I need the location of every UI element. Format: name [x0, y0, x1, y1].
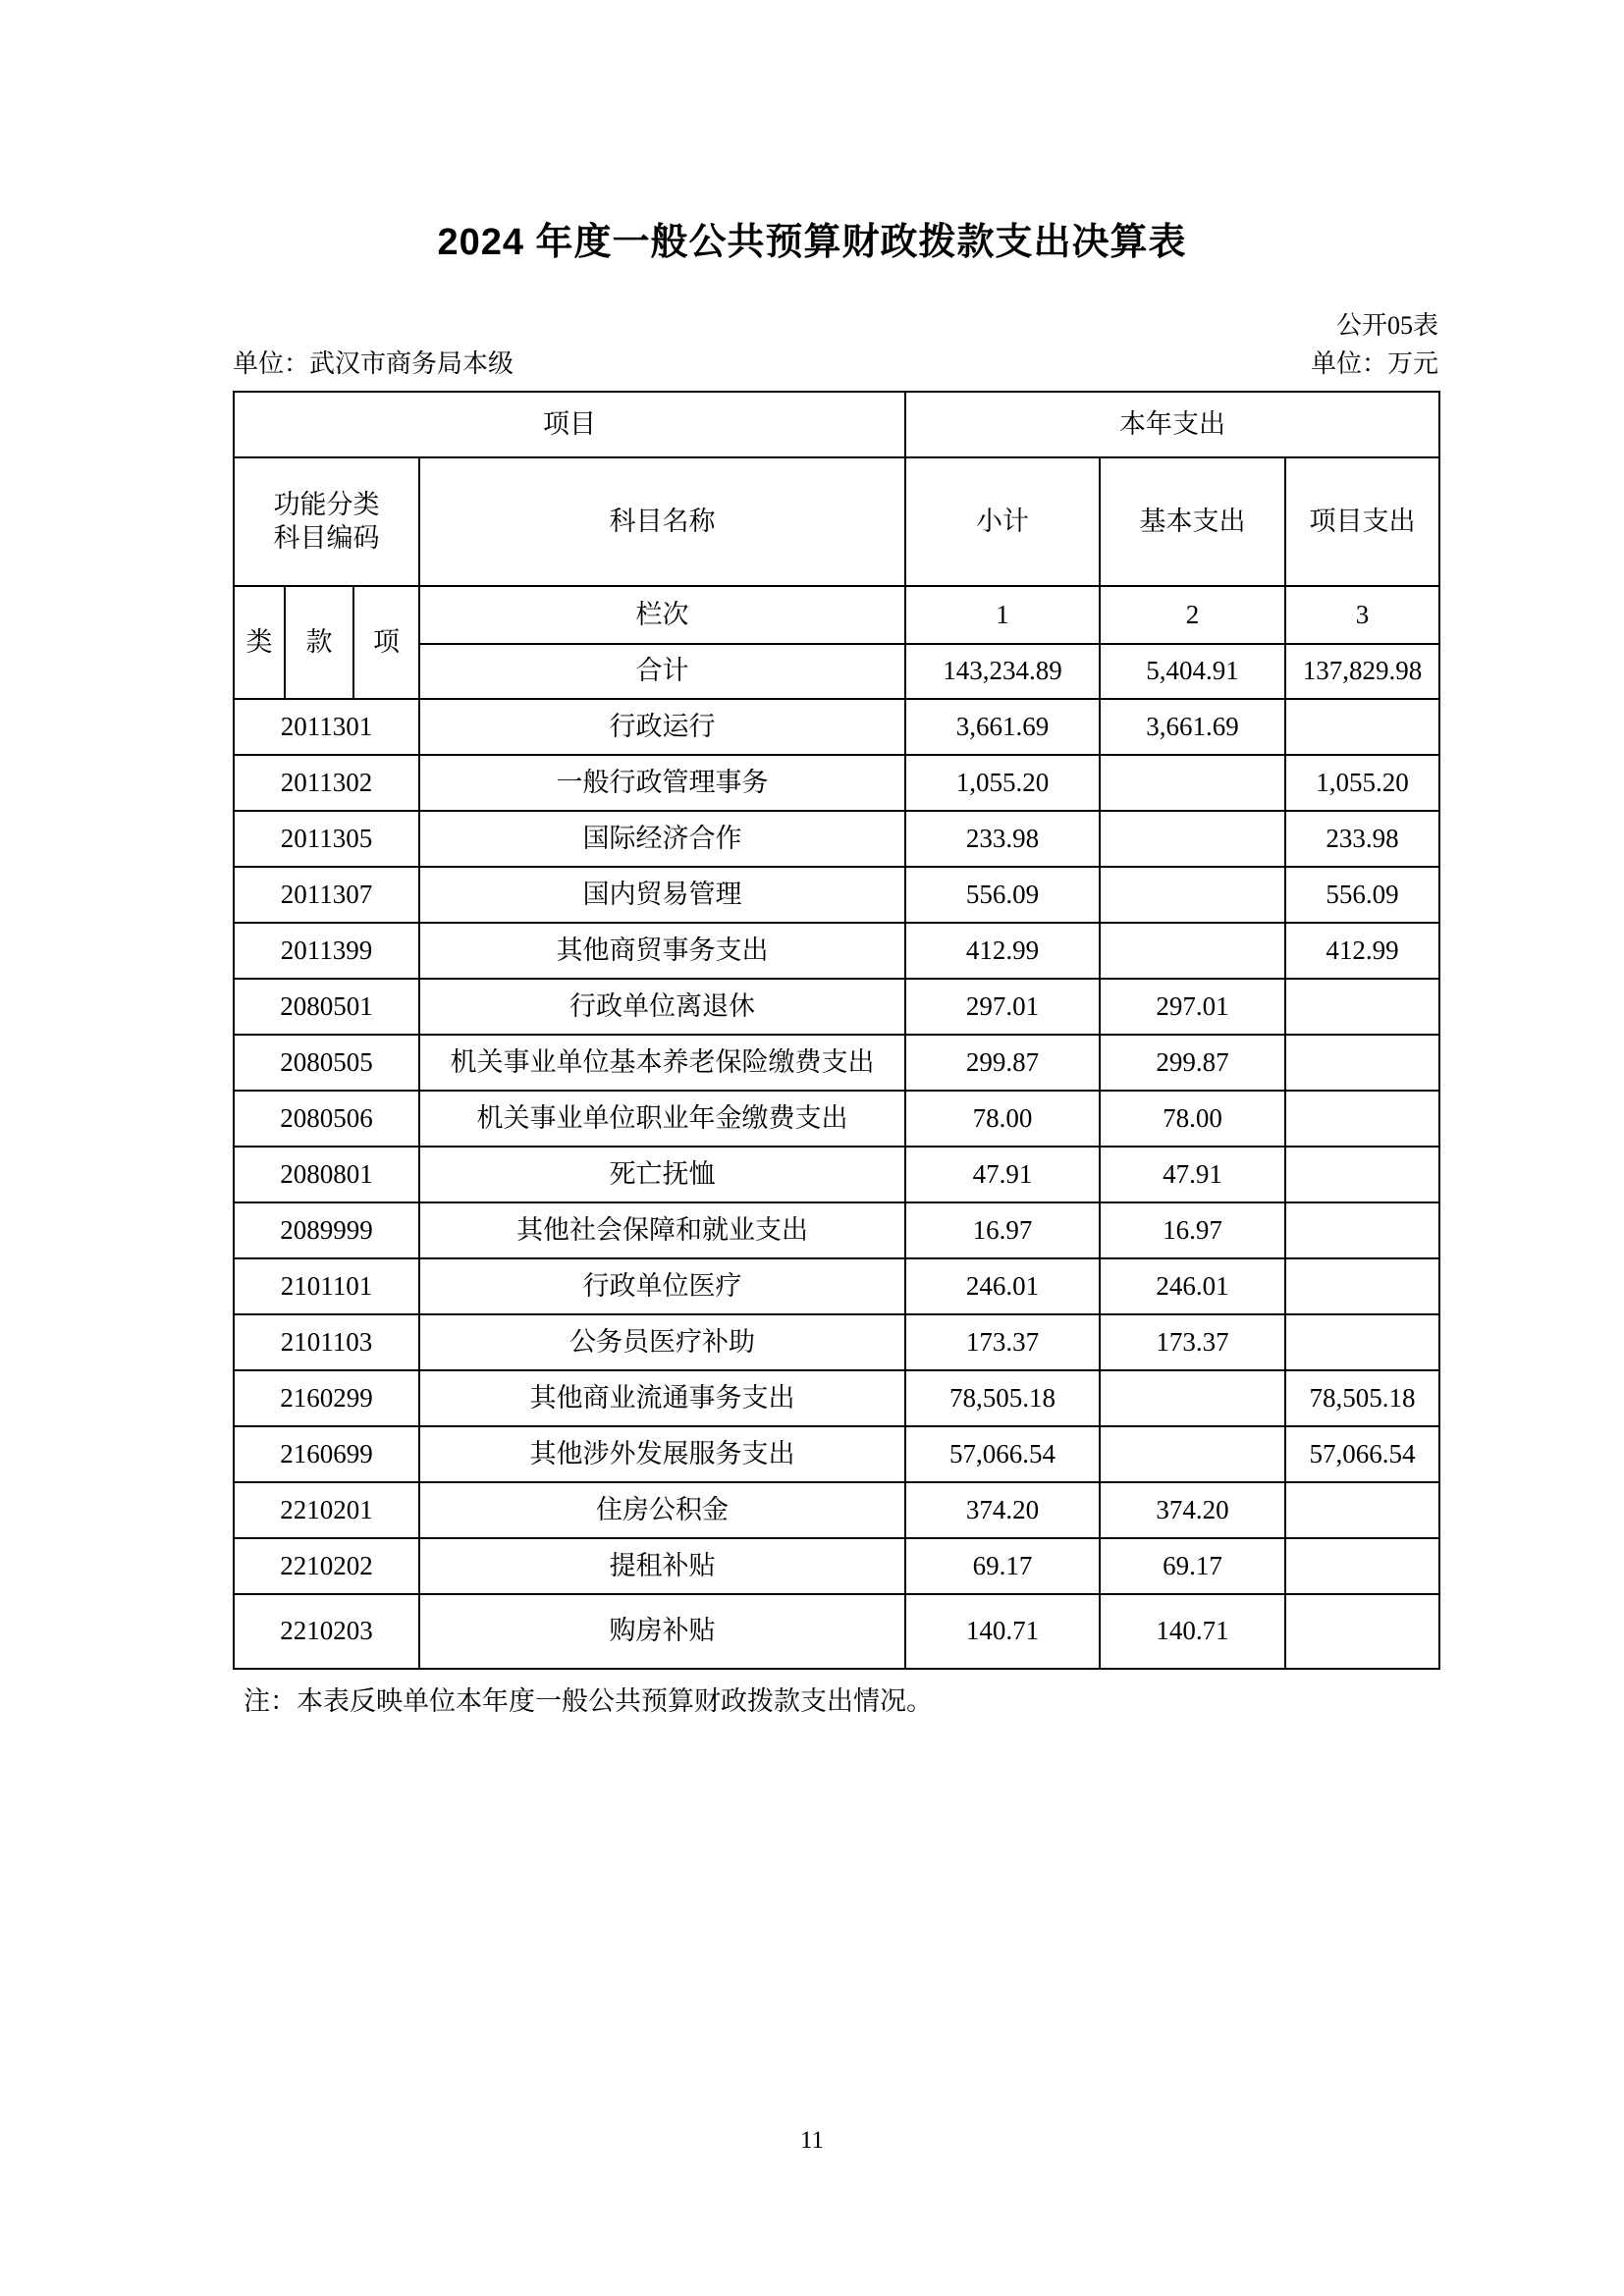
row-code-cell: 2089999 [234, 1202, 419, 1258]
unit-row: 单位：武汉市商务局本级 单位：万元 [233, 348, 1438, 380]
header-functional-code-line1: 功能分类 [274, 490, 380, 519]
row-code-cell: 2080506 [234, 1091, 419, 1147]
row-subject-name-cell: 行政单位医疗 [419, 1258, 905, 1314]
row-code-cell: 2101103 [234, 1314, 419, 1370]
header-column-num-3: 3 [1285, 586, 1439, 644]
row-code-cell: 2080505 [234, 1035, 419, 1091]
header-column-num-1: 1 [905, 586, 1100, 644]
row-subject-name-cell: 行政单位离退休 [419, 979, 905, 1035]
row-subject-name-cell: 住房公积金 [419, 1482, 905, 1538]
header-functional-code-line2: 科目编码 [274, 523, 380, 553]
row-subtotal-cell: 78,505.18 [905, 1370, 1100, 1426]
header-basic-expenditure: 基本支出 [1100, 457, 1285, 586]
total-basic-value: 5,404.91 [1100, 644, 1285, 699]
row-basic-cell: 3,661.69 [1100, 699, 1285, 755]
row-project-cell [1285, 979, 1439, 1035]
table-row: 2101103 公务员医疗补助 173.37 173.37 [234, 1314, 1439, 1370]
row-code-cell: 2011307 [234, 867, 419, 923]
row-basic-cell: 297.01 [1100, 979, 1285, 1035]
table-row: 2011305 国际经济合作 233.98 233.98 [234, 811, 1439, 867]
row-basic-cell: 47.91 [1100, 1147, 1285, 1202]
table-row: 2080506 机关事业单位职业年金缴费支出 78.00 78.00 [234, 1091, 1439, 1147]
row-code-cell: 2101101 [234, 1258, 419, 1314]
row-subject-name-cell: 行政运行 [419, 699, 905, 755]
row-subtotal-cell: 233.98 [905, 811, 1100, 867]
header-subtotal: 小计 [905, 457, 1100, 586]
row-subject-name-cell: 国际经济合作 [419, 811, 905, 867]
row-code-cell: 2210203 [234, 1594, 419, 1669]
row-code-cell: 2160299 [234, 1370, 419, 1426]
row-code-cell: 2011305 [234, 811, 419, 867]
row-basic-cell [1100, 923, 1285, 979]
table-row: 2011399 其他商贸事务支出 412.99 412.99 [234, 923, 1439, 979]
table-row: 2160699 其他涉外发展服务支出 57,066.54 57,066.54 [234, 1426, 1439, 1482]
table-row: 2011301 行政运行 3,661.69 3,661.69 [234, 699, 1439, 755]
row-subtotal-cell: 246.01 [905, 1258, 1100, 1314]
row-subject-name-cell: 其他涉外发展服务支出 [419, 1426, 905, 1482]
page-title: 2024 年度一般公共预算财政拨款支出决算表 [0, 220, 1624, 265]
row-project-cell [1285, 1482, 1439, 1538]
row-basic-cell [1100, 867, 1285, 923]
header-category: 类 [234, 586, 285, 699]
row-subtotal-cell: 1,055.20 [905, 755, 1100, 811]
table-row: 2210201 住房公积金 374.20 374.20 [234, 1482, 1439, 1538]
header-column-index-label: 栏次 [419, 586, 905, 644]
row-subtotal-cell: 374.20 [905, 1482, 1100, 1538]
row-code-cell: 2080801 [234, 1147, 419, 1202]
row-subject-name-cell: 国内贸易管理 [419, 867, 905, 923]
row-subtotal-cell: 3,661.69 [905, 699, 1100, 755]
header-current-year-expenditure: 本年支出 [905, 392, 1439, 457]
row-subtotal-cell: 78.00 [905, 1091, 1100, 1147]
row-project-cell [1285, 1035, 1439, 1091]
row-subject-name-cell: 公务员医疗补助 [419, 1314, 905, 1370]
row-subtotal-cell: 140.71 [905, 1594, 1100, 1669]
table-row: 2210203 购房补贴 140.71 140.71 [234, 1594, 1439, 1669]
row-subject-name-cell: 其他社会保障和就业支出 [419, 1202, 905, 1258]
header-functional-code: 功能分类 科目编码 [234, 457, 419, 586]
row-project-cell [1285, 1314, 1439, 1370]
row-basic-cell: 78.00 [1100, 1091, 1285, 1147]
row-subject-name-cell: 其他商贸事务支出 [419, 923, 905, 979]
row-subject-name-cell: 机关事业单位基本养老保险缴费支出 [419, 1035, 905, 1091]
row-project-cell: 233.98 [1285, 811, 1439, 867]
row-subject-name-cell: 其他商业流通事务支出 [419, 1370, 905, 1426]
row-subtotal-cell: 47.91 [905, 1147, 1100, 1202]
row-basic-cell [1100, 811, 1285, 867]
table-row: 2210202 提租补贴 69.17 69.17 [234, 1538, 1439, 1594]
row-code-cell: 2210202 [234, 1538, 419, 1594]
page-number: 11 [0, 2126, 1624, 2156]
total-project-value: 137,829.98 [1285, 644, 1439, 699]
header-item: 项 [353, 586, 419, 699]
budget-table: 项目 本年支出 功能分类 科目编码 科目名称 小计 基本支出 项目支出 类 款 … [233, 391, 1440, 1670]
row-subtotal-cell: 297.01 [905, 979, 1100, 1035]
row-subject-name-cell: 死亡抚恤 [419, 1147, 905, 1202]
row-code-cell: 2011302 [234, 755, 419, 811]
row-project-cell [1285, 1594, 1439, 1669]
row-subject-name-cell: 购房补贴 [419, 1594, 905, 1669]
row-basic-cell [1100, 1370, 1285, 1426]
row-project-cell [1285, 1258, 1439, 1314]
table-row: 2080501 行政单位离退休 297.01 297.01 [234, 979, 1439, 1035]
row-subject-name-cell: 提租补贴 [419, 1538, 905, 1594]
row-subtotal-cell: 16.97 [905, 1202, 1100, 1258]
unit-measure-label: 单位：万元 [1311, 348, 1438, 380]
row-subject-name-cell: 一般行政管理事务 [419, 755, 905, 811]
row-project-cell: 556.09 [1285, 867, 1439, 923]
row-code-cell: 2011399 [234, 923, 419, 979]
row-basic-cell: 299.87 [1100, 1035, 1285, 1091]
row-subtotal-cell: 173.37 [905, 1314, 1100, 1370]
row-project-cell: 78,505.18 [1285, 1370, 1439, 1426]
header-column-num-2: 2 [1100, 586, 1285, 644]
table-row: 2080505 机关事业单位基本养老保险缴费支出 299.87 299.87 [234, 1035, 1439, 1091]
header-project-expenditure: 项目支出 [1285, 457, 1439, 586]
row-project-cell [1285, 1091, 1439, 1147]
row-project-cell: 412.99 [1285, 923, 1439, 979]
header-row-3: 类 款 项 栏次 1 2 3 [234, 586, 1439, 644]
unit-name-label: 单位：武汉市商务局本级 [233, 348, 514, 380]
row-project-cell: 1,055.20 [1285, 755, 1439, 811]
table-body: 2011301 行政运行 3,661.69 3,661.69 2011302 一… [234, 699, 1439, 1669]
row-subtotal-cell: 57,066.54 [905, 1426, 1100, 1482]
row-project-cell [1285, 1202, 1439, 1258]
table-code-label: 公开05表 [233, 310, 1438, 342]
row-code-cell: 2080501 [234, 979, 419, 1035]
header-row-1: 项目 本年支出 [234, 392, 1439, 457]
total-label: 合计 [419, 644, 905, 699]
row-basic-cell [1100, 755, 1285, 811]
row-code-cell: 2160699 [234, 1426, 419, 1482]
header-section: 款 [285, 586, 353, 699]
table-row: 2089999 其他社会保障和就业支出 16.97 16.97 [234, 1202, 1439, 1258]
row-subtotal-cell: 556.09 [905, 867, 1100, 923]
row-basic-cell: 374.20 [1100, 1482, 1285, 1538]
row-basic-cell: 69.17 [1100, 1538, 1285, 1594]
row-basic-cell: 140.71 [1100, 1594, 1285, 1669]
row-subtotal-cell: 412.99 [905, 923, 1100, 979]
table-row: 2011302 一般行政管理事务 1,055.20 1,055.20 [234, 755, 1439, 811]
row-subtotal-cell: 69.17 [905, 1538, 1100, 1594]
table-row: 2101101 行政单位医疗 246.01 246.01 [234, 1258, 1439, 1314]
row-subject-name-cell: 机关事业单位职业年金缴费支出 [419, 1091, 905, 1147]
row-basic-cell: 173.37 [1100, 1314, 1285, 1370]
document-page: 2024 年度一般公共预算财政拨款支出决算表 公开05表 单位：武汉市商务局本级… [0, 0, 1624, 2296]
header-row-2: 功能分类 科目编码 科目名称 小计 基本支出 项目支出 [234, 457, 1439, 586]
row-code-cell: 2210201 [234, 1482, 419, 1538]
table-row: 2160299 其他商业流通事务支出 78,505.18 78,505.18 [234, 1370, 1439, 1426]
table-row: 2080801 死亡抚恤 47.91 47.91 [234, 1147, 1439, 1202]
header-subject-name: 科目名称 [419, 457, 905, 586]
table-row: 2011307 国内贸易管理 556.09 556.09 [234, 867, 1439, 923]
total-subtotal-value: 143,234.89 [905, 644, 1100, 699]
row-basic-cell: 16.97 [1100, 1202, 1285, 1258]
row-code-cell: 2011301 [234, 699, 419, 755]
row-project-cell [1285, 1538, 1439, 1594]
header-project: 项目 [234, 392, 905, 457]
row-subtotal-cell: 299.87 [905, 1035, 1100, 1091]
row-basic-cell [1100, 1426, 1285, 1482]
row-project-cell [1285, 699, 1439, 755]
row-basic-cell: 246.01 [1100, 1258, 1285, 1314]
row-project-cell: 57,066.54 [1285, 1426, 1439, 1482]
row-project-cell [1285, 1147, 1439, 1202]
table-header-rows: 项目 本年支出 功能分类 科目编码 科目名称 小计 基本支出 项目支出 类 款 … [234, 392, 1439, 699]
footnote: 注：本表反映单位本年度一般公共预算财政拨款支出情况。 [244, 1684, 933, 1718]
